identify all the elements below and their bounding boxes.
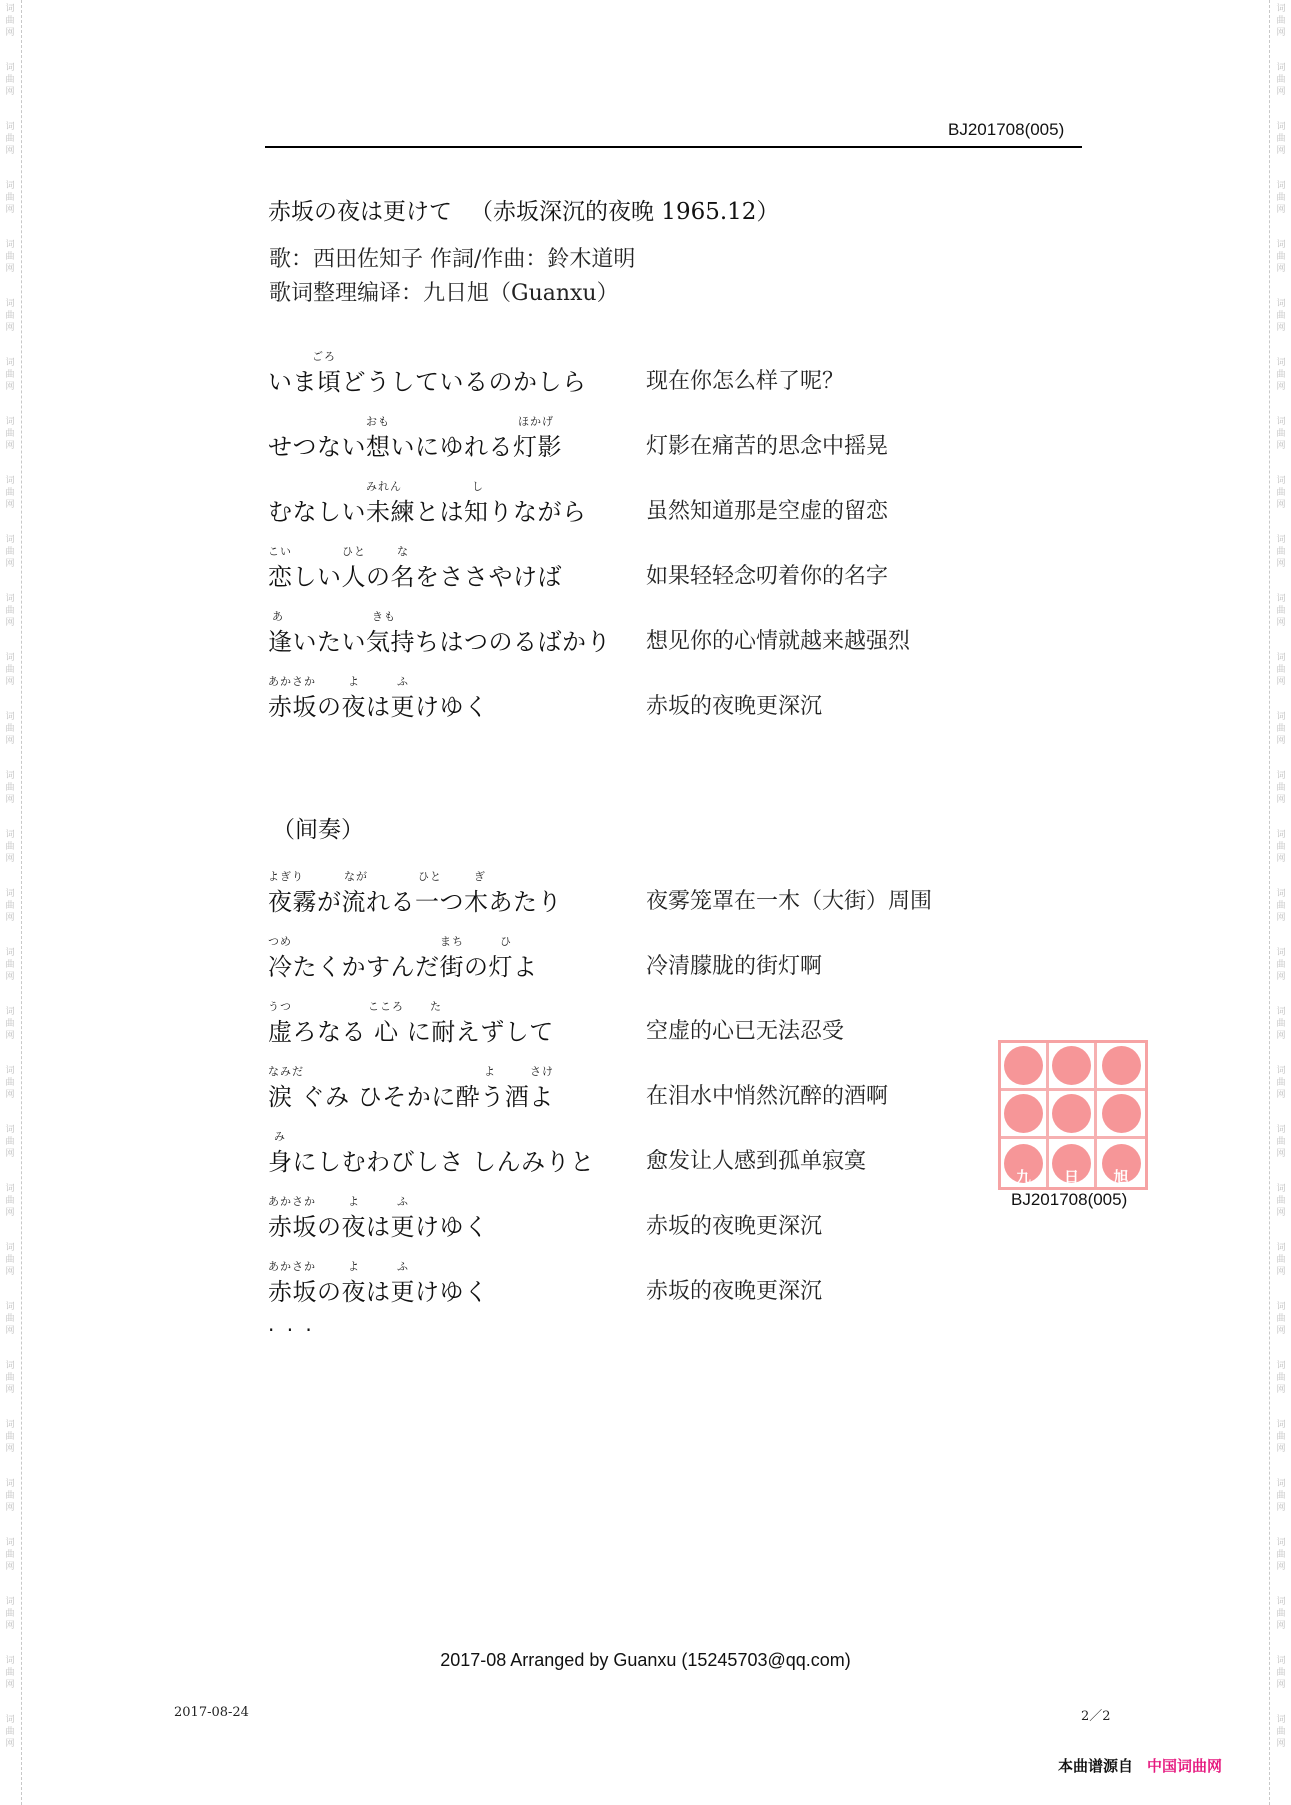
- lyric-chinese-translation: 如果轻轻念叨着你的名字: [646, 559, 888, 590]
- watermark-char: 网: [1271, 1679, 1291, 1691]
- watermark-char: 网: [0, 1443, 20, 1455]
- watermark-char: 词: [1271, 711, 1291, 723]
- watermark-char: 网: [0, 735, 20, 747]
- watermark-char: 网: [0, 263, 20, 275]
- stamp-dot: [1052, 1046, 1091, 1085]
- watermark-char: 曲: [1271, 251, 1291, 263]
- watermark-char: 网: [0, 204, 20, 216]
- watermark-char: 曲: [1271, 1608, 1291, 1620]
- watermark-char: 曲: [1271, 664, 1291, 676]
- watermark-char: 网: [0, 558, 20, 570]
- watermark-char: 词: [1271, 357, 1291, 369]
- watermark-char: 词: [0, 1065, 20, 1077]
- watermark-char: 曲: [0, 605, 20, 617]
- watermark-char: 词: [1271, 1065, 1291, 1077]
- song-credits: 歌：西田佐知子 作詞/作曲：鈴木道明: [269, 242, 635, 273]
- watermark-char: 词: [0, 770, 20, 782]
- source-label: 本曲谱源自: [1058, 1757, 1133, 1775]
- watermark-char: 词: [1271, 1006, 1291, 1018]
- lyric-chinese-translation: 现在你怎么样了呢？: [646, 364, 844, 395]
- stamp-cell: 日: [1049, 1139, 1097, 1187]
- lyric-chinese-translation: 赤坂的夜晚更深沉: [646, 1274, 822, 1305]
- stamp-cell: 九: [1001, 1139, 1049, 1187]
- watermark-char: 词: [0, 1714, 20, 1726]
- watermark-char: 网: [0, 1384, 20, 1396]
- header-rule: [265, 146, 1082, 148]
- watermark-char: 曲: [1271, 74, 1291, 86]
- watermark-char: 曲: [1271, 900, 1291, 912]
- watermark-char: 词: [0, 121, 20, 133]
- stamp-char: 九: [1001, 1166, 1046, 1187]
- watermark-char: 词: [1271, 1124, 1291, 1136]
- author-seal-stamp: 九 日 旭: [998, 1040, 1148, 1190]
- lyric-japanese: 逢いたい気持ちはつのるばかり: [268, 622, 611, 657]
- watermark-char: 词: [0, 1124, 20, 1136]
- lyric-japanese: 涙 ぐみ ひそかに酔う酒よ: [268, 1077, 554, 1112]
- watermark-char: 曲: [1271, 15, 1291, 27]
- watermark-char: 网: [0, 1030, 20, 1042]
- watermark-char: 曲: [1271, 605, 1291, 617]
- watermark-char: 词: [0, 829, 20, 841]
- watermark-char: 网: [1271, 558, 1291, 570]
- watermark-char: 网: [1271, 204, 1291, 216]
- watermark-char: 网: [0, 971, 20, 983]
- stamp-dot: [1004, 1094, 1043, 1133]
- watermark-char: 网: [1271, 1030, 1291, 1042]
- watermark-char: 曲: [1271, 841, 1291, 853]
- lyric-chinese-translation: 夜雾笼罩在一木（大街）周围: [646, 884, 932, 915]
- stamp-cell: [1001, 1043, 1049, 1091]
- watermark-char: 词: [0, 1183, 20, 1195]
- watermark-char: 网: [1271, 971, 1291, 983]
- watermark-char: 词: [0, 62, 20, 74]
- watermark-char: 网: [0, 1738, 20, 1750]
- watermark-char: 曲: [0, 841, 20, 853]
- lyric-japanese: 虚ろなる 心 に耐えずして: [268, 1012, 554, 1047]
- document-code: BJ201708(005): [948, 120, 1064, 140]
- lyric-japanese: 赤坂の夜は更けゆく: [268, 1207, 489, 1242]
- watermark-char: 曲: [1271, 1490, 1291, 1502]
- watermark-char: 词: [1271, 1714, 1291, 1726]
- watermark-char: 曲: [0, 487, 20, 499]
- watermark-char: 词: [1271, 1242, 1291, 1254]
- watermark-char: 曲: [0, 15, 20, 27]
- watermark-char: 曲: [1271, 1136, 1291, 1148]
- watermark-char: 网: [0, 1679, 20, 1691]
- watermark-char: 词: [0, 416, 20, 428]
- lyric-chinese-translation: 虽然知道那是空虚的留恋: [646, 494, 888, 525]
- watermark-char: 网: [0, 440, 20, 452]
- stamp-char: 日: [1049, 1166, 1094, 1187]
- song-arranger: 歌词整理编译：九日旭（Guanxu）: [269, 276, 619, 307]
- watermark-char: 网: [0, 617, 20, 629]
- watermark-char: 曲: [1271, 1372, 1291, 1384]
- lyric-japanese: 冷たくかすんだ街の灯よ: [268, 947, 538, 982]
- watermark-char: 词: [0, 1242, 20, 1254]
- watermark-char: 曲: [0, 1372, 20, 1384]
- watermark-char: 网: [1271, 1266, 1291, 1278]
- watermark-char: 词: [1271, 1478, 1291, 1490]
- watermark-char: 网: [1271, 1738, 1291, 1750]
- stamp-cell: [1049, 1043, 1097, 1091]
- stamp-dot: [1102, 1046, 1141, 1085]
- watermark-char: 词: [1271, 3, 1291, 15]
- watermark-char: 网: [1271, 263, 1291, 275]
- watermark-char: 词: [1271, 1183, 1291, 1195]
- watermark-char: 词: [1271, 888, 1291, 900]
- watermark-char: 词: [0, 357, 20, 369]
- watermark-char: 网: [1271, 440, 1291, 452]
- watermark-char: 曲: [1271, 428, 1291, 440]
- lyric-japanese: 赤坂の夜は更けゆく: [268, 1272, 489, 1307]
- watermark-char: 曲: [0, 1431, 20, 1443]
- lyric-chinese-translation: 在泪水中悄然沉醉的酒啊: [646, 1079, 888, 1110]
- watermark-char: 词: [0, 534, 20, 546]
- source-link[interactable]: 中国词曲网: [1147, 1757, 1222, 1775]
- watermark-char: 曲: [0, 1608, 20, 1620]
- watermark-char: 网: [0, 912, 20, 924]
- watermark-char: 曲: [1271, 1726, 1291, 1738]
- watermark-char: 词: [1271, 239, 1291, 251]
- watermark-char: 词: [0, 298, 20, 310]
- watermark-char: 网: [0, 853, 20, 865]
- interlude-label: （间奏）: [272, 811, 364, 844]
- lyric-japanese: 恋しい人の名をささやけば: [268, 557, 562, 592]
- watermark-char: 曲: [1271, 959, 1291, 971]
- watermark-char: 网: [0, 676, 20, 688]
- watermark-char: 曲: [0, 1018, 20, 1030]
- right-watermark-strip: 词曲网词曲网词曲网词曲网词曲网词曲网词曲网词曲网词曲网词曲网词曲网词曲网词曲网词…: [1271, 0, 1291, 1805]
- watermark-char: 词: [0, 1478, 20, 1490]
- watermark-char: 曲: [0, 310, 20, 322]
- watermark-char: 曲: [1271, 1313, 1291, 1325]
- stamp-dot: [1052, 1094, 1091, 1133]
- watermark-char: 曲: [0, 133, 20, 145]
- footer-credit: 2017-08 Arranged by Guanxu (15245703@qq.…: [0, 1650, 1291, 1671]
- watermark-char: 词: [1271, 416, 1291, 428]
- watermark-char: 曲: [0, 664, 20, 676]
- song-title: 赤坂の夜は更けて: [268, 199, 452, 225]
- watermark-char: 词: [0, 1006, 20, 1018]
- watermark-char: 曲: [0, 74, 20, 86]
- watermark-char: 网: [1271, 1561, 1291, 1573]
- song-title-line: 赤坂の夜は更けて（赤坂深沉的夜晚 1965.12）: [268, 193, 779, 226]
- watermark-char: 曲: [1271, 1077, 1291, 1089]
- watermark-char: 词: [1271, 1596, 1291, 1608]
- watermark-char: 网: [1271, 853, 1291, 865]
- watermark-char: 词: [0, 1419, 20, 1431]
- watermark-char: 词: [1271, 1301, 1291, 1313]
- lyric-chinese-translation: 赤坂的夜晚更深沉: [646, 1209, 822, 1240]
- watermark-char: 曲: [0, 546, 20, 558]
- watermark-char: 网: [0, 1561, 20, 1573]
- watermark-char: 网: [1271, 322, 1291, 334]
- watermark-char: 网: [0, 322, 20, 334]
- watermark-char: 曲: [0, 900, 20, 912]
- watermark-char: 词: [1271, 1360, 1291, 1372]
- watermark-char: 曲: [0, 1077, 20, 1089]
- watermark-char: 网: [1271, 794, 1291, 806]
- lyric-chinese-translation: 灯影在痛苦的思念中摇晃: [646, 429, 888, 460]
- lyric-chinese-translation: 愈发让人感到孤单寂寞: [646, 1144, 866, 1175]
- lyric-chinese-translation: 冷清朦胧的街灯啊: [646, 949, 822, 980]
- watermark-char: 网: [1271, 145, 1291, 157]
- watermark-char: 词: [1271, 593, 1291, 605]
- right-margin-divider: [1269, 0, 1270, 1805]
- page-number: 2／2: [1081, 1705, 1111, 1724]
- watermark-char: 词: [1271, 652, 1291, 664]
- watermark-char: 词: [0, 239, 20, 251]
- source-attribution: 本曲谱源自中国词曲网: [1058, 1755, 1222, 1776]
- watermark-char: 词: [1271, 770, 1291, 782]
- watermark-char: 词: [1271, 62, 1291, 74]
- watermark-char: 曲: [0, 428, 20, 440]
- watermark-char: 词: [0, 888, 20, 900]
- watermark-char: 网: [1271, 86, 1291, 98]
- watermark-char: 曲: [1271, 1431, 1291, 1443]
- watermark-char: 网: [1271, 735, 1291, 747]
- watermark-char: 词: [1271, 298, 1291, 310]
- stamp-cell: [1001, 1091, 1049, 1139]
- watermark-char: 词: [0, 180, 20, 192]
- left-watermark-strip: 词曲网词曲网词曲网词曲网词曲网词曲网词曲网词曲网词曲网词曲网词曲网词曲网词曲网词…: [0, 0, 20, 1805]
- watermark-char: 曲: [0, 782, 20, 794]
- watermark-char: 网: [1271, 617, 1291, 629]
- watermark-char: 词: [1271, 534, 1291, 546]
- left-margin-divider: [21, 0, 22, 1805]
- watermark-char: 词: [1271, 180, 1291, 192]
- watermark-char: 词: [1271, 1419, 1291, 1431]
- watermark-char: 曲: [0, 959, 20, 971]
- watermark-char: 曲: [1271, 487, 1291, 499]
- watermark-char: 网: [1271, 1502, 1291, 1514]
- watermark-char: 曲: [1271, 546, 1291, 558]
- watermark-char: 网: [1271, 676, 1291, 688]
- watermark-char: 曲: [1271, 310, 1291, 322]
- watermark-char: 词: [0, 652, 20, 664]
- watermark-char: 网: [0, 1325, 20, 1337]
- watermark-char: 网: [0, 1089, 20, 1101]
- watermark-char: 网: [0, 381, 20, 393]
- song-subtitle: （赤坂深沉的夜晚 1965.12）: [470, 199, 779, 225]
- watermark-char: 曲: [0, 251, 20, 263]
- watermark-char: 网: [0, 1207, 20, 1219]
- watermark-char: 词: [1271, 475, 1291, 487]
- watermark-char: 词: [1271, 829, 1291, 841]
- watermark-char: 曲: [0, 1549, 20, 1561]
- watermark-char: 曲: [0, 1726, 20, 1738]
- lyric-japanese: 身にしむわびしさ しんみりと: [268, 1142, 595, 1177]
- watermark-char: 曲: [1271, 192, 1291, 204]
- lyric-japanese: むなしい未練とは知りながら: [268, 492, 587, 527]
- watermark-char: 词: [0, 1537, 20, 1549]
- watermark-char: 网: [0, 1266, 20, 1278]
- watermark-char: 网: [1271, 27, 1291, 39]
- watermark-char: 词: [0, 593, 20, 605]
- continuation-ellipsis: · · ·: [268, 1318, 315, 1342]
- watermark-char: 曲: [0, 1136, 20, 1148]
- watermark-char: 网: [1271, 1207, 1291, 1219]
- stamp-code: BJ201708(005): [1011, 1190, 1127, 1210]
- watermark-char: 曲: [1271, 369, 1291, 381]
- watermark-char: 曲: [1271, 1195, 1291, 1207]
- watermark-char: 曲: [0, 1195, 20, 1207]
- watermark-char: 词: [0, 3, 20, 15]
- watermark-char: 网: [0, 86, 20, 98]
- watermark-char: 网: [1271, 1325, 1291, 1337]
- lyric-japanese: いま頃どうしているのかしら: [268, 362, 587, 397]
- watermark-char: 曲: [0, 723, 20, 735]
- watermark-char: 词: [0, 1360, 20, 1372]
- watermark-char: 网: [1271, 1384, 1291, 1396]
- watermark-char: 曲: [0, 1313, 20, 1325]
- watermark-char: 词: [0, 1301, 20, 1313]
- watermark-char: 曲: [1271, 1254, 1291, 1266]
- watermark-char: 网: [0, 1148, 20, 1160]
- watermark-char: 网: [1271, 381, 1291, 393]
- watermark-char: 网: [0, 27, 20, 39]
- watermark-char: 曲: [0, 192, 20, 204]
- watermark-char: 词: [0, 711, 20, 723]
- watermark-char: 网: [0, 145, 20, 157]
- lyric-japanese: 夜霧が流れる一つ木あたり: [268, 882, 562, 917]
- watermark-char: 网: [1271, 1089, 1291, 1101]
- watermark-char: 词: [1271, 947, 1291, 959]
- watermark-char: 网: [0, 1620, 20, 1632]
- stamp-char: 旭: [1097, 1166, 1145, 1187]
- watermark-char: 词: [1271, 121, 1291, 133]
- watermark-char: 曲: [1271, 723, 1291, 735]
- stamp-cell: 旭: [1097, 1139, 1145, 1187]
- watermark-char: 曲: [1271, 1018, 1291, 1030]
- watermark-char: 曲: [0, 369, 20, 381]
- lyric-chinese-translation: 想见你的心情就越来越强烈: [646, 624, 910, 655]
- watermark-char: 曲: [0, 1254, 20, 1266]
- watermark-char: 词: [0, 475, 20, 487]
- watermark-char: 网: [1271, 1148, 1291, 1160]
- watermark-char: 曲: [1271, 1549, 1291, 1561]
- lyric-japanese: せつない想いにゆれる灯影: [268, 427, 562, 462]
- stamp-dot: [1102, 1094, 1141, 1133]
- watermark-char: 网: [1271, 499, 1291, 511]
- stamp-cell: [1049, 1091, 1097, 1139]
- footer-date: 2017-08-24: [174, 1705, 249, 1720]
- watermark-char: 词: [0, 947, 20, 959]
- watermark-char: 曲: [0, 1490, 20, 1502]
- stamp-cell: [1097, 1043, 1145, 1091]
- watermark-char: 曲: [1271, 133, 1291, 145]
- watermark-char: 网: [1271, 1620, 1291, 1632]
- stamp-dot: [1004, 1046, 1043, 1085]
- watermark-char: 网: [0, 794, 20, 806]
- stamp-cell: [1097, 1091, 1145, 1139]
- watermark-char: 网: [0, 499, 20, 511]
- lyric-chinese-translation: 赤坂的夜晚更深沉: [646, 689, 822, 720]
- watermark-char: 网: [0, 1502, 20, 1514]
- watermark-char: 网: [1271, 912, 1291, 924]
- lyric-chinese-translation: 空虚的心已无法忍受: [646, 1014, 844, 1045]
- watermark-char: 词: [0, 1596, 20, 1608]
- watermark-char: 曲: [1271, 782, 1291, 794]
- lyric-japanese: 赤坂の夜は更けゆく: [268, 687, 489, 722]
- watermark-char: 词: [1271, 1537, 1291, 1549]
- watermark-char: 网: [1271, 1443, 1291, 1455]
